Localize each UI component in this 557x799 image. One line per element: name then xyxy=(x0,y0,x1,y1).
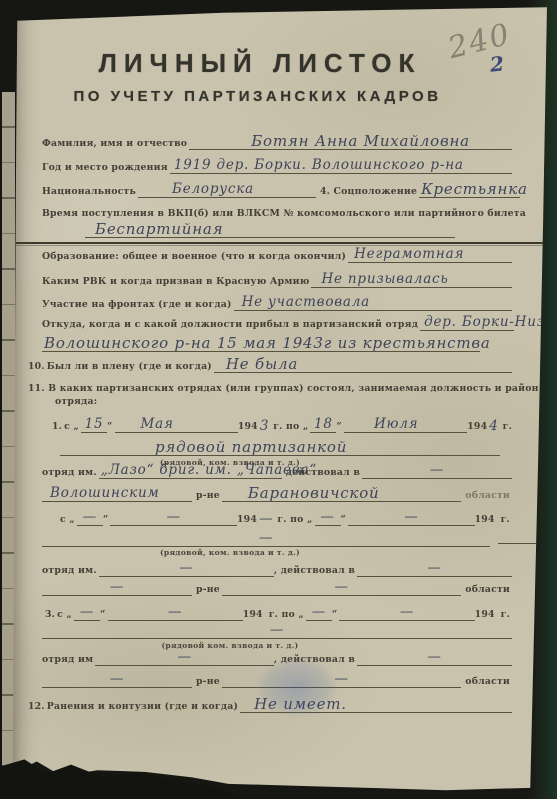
unit2-month-from-dash: — xyxy=(167,510,181,524)
unit1-day-from: 15 xyxy=(85,416,104,432)
unit1-day-to-slot: 18 xyxy=(310,412,336,433)
field-fronts-label: Участие на фронтах (где и когда) xyxy=(42,299,234,311)
unit3-district-dash: — xyxy=(110,672,124,686)
unit1-name-label: отряд им. xyxy=(42,467,99,479)
unit2-oblast-line: — xyxy=(222,575,461,596)
unit3-oblast-label: области xyxy=(461,676,512,688)
unit1-position: рядовой партизанкой xyxy=(155,440,347,454)
unit3-position-line: — xyxy=(42,618,512,639)
unit2-day-to-dash: — xyxy=(320,509,334,525)
unit2-acted-line: — xyxy=(357,556,512,577)
field-arrival-value-2: Волошинского р-на 15 мая 1943г из кресть… xyxy=(44,336,491,350)
field-name-line: Ботян Анна Михайловна xyxy=(189,129,512,150)
unit1-oblast-value: Барановичской xyxy=(248,486,380,500)
field-birth-line: 1919 дер. Борки. Волошинского р-на xyxy=(170,153,512,174)
unit2-name-line: — xyxy=(99,556,274,577)
unit3-month-to-dash: — xyxy=(400,605,414,619)
field-name-row: Фамилия, имя и отчество Ботян Анна Михай… xyxy=(42,130,512,150)
unit3-position-dash: — xyxy=(270,623,284,637)
unit1-oblast-line: Барановичской xyxy=(222,481,461,502)
unit2-quote1: “ xyxy=(103,514,111,526)
unit2-district-line: — xyxy=(42,575,192,596)
field-birth-label: Год и место рождения xyxy=(42,162,170,174)
unit3-acted-line: — xyxy=(357,645,512,666)
unit2-to-open: г. по „ xyxy=(273,514,314,526)
field-education-row: Образование: общее и военное (что и когд… xyxy=(42,243,512,263)
field-education-value: Неграмотная xyxy=(354,247,464,261)
unit1-position-line: рядовой партизанкой xyxy=(60,435,500,456)
field-name-label: Фамилия, имя и отчество xyxy=(42,138,189,150)
unit2-short-line xyxy=(498,523,538,544)
unit2-oblast-dash: — xyxy=(334,580,348,594)
field-fronts-value: Не участвовала xyxy=(242,295,370,309)
unit1-acted-dash: — xyxy=(430,463,444,477)
unit2-year1-printed: 194 xyxy=(237,514,259,526)
field-nationality-row: Национальность Белоруска 4. Соцположение… xyxy=(42,178,520,198)
unit1-name-row: отряд им. „Лазо“ бриг. им. „Чапаева“ дей… xyxy=(42,459,512,479)
unit3-name-dash: — xyxy=(177,650,191,664)
unit1-to-open: г. по „ xyxy=(269,421,310,433)
unit2-position-line-short xyxy=(498,524,538,544)
unit1-day-from-slot: 15 xyxy=(81,412,107,433)
unit3-position-row: — xyxy=(42,619,512,639)
unit2-day-from-slot: — xyxy=(77,505,103,526)
field-arrival-line: дер. Борки-Низовье xyxy=(420,310,514,331)
unit2-day-to-slot: — xyxy=(315,505,341,526)
unit2-district-dash: — xyxy=(110,580,124,594)
units-heading-row2: отряда: xyxy=(55,394,155,408)
unit3-district-line: — xyxy=(42,667,192,688)
unit2-name-dash: — xyxy=(179,561,193,575)
field-arrival-line2: Волошинского р-на 15 мая 1943г из кресть… xyxy=(42,331,480,352)
field-wounds-label: Ранения и контузии (где и когда) xyxy=(47,701,240,713)
field-name-value: Ботян Анна Михайловна xyxy=(251,134,470,148)
unit1-month-from-line: Мая xyxy=(115,412,238,433)
field-fronts-line: Не участвовала xyxy=(234,290,512,311)
unit1-month-from: Мая xyxy=(141,417,174,431)
unit1-year2-digit: 4 xyxy=(489,418,498,434)
unit2-quote2: “ xyxy=(341,514,349,526)
unit1-oblast-label: области xyxy=(461,490,512,502)
form-subtitle: ПО УЧЕТУ ПАРТИЗАНСКИХ КАДРОВ xyxy=(0,88,515,105)
field-party-value-line: Беспартийная xyxy=(85,217,455,238)
scanned-document: { "scan": { "pencil_number": "240", "ink… xyxy=(0,0,557,799)
unit3-name-label: отряд им xyxy=(42,654,95,666)
unit1-district-label: р-не xyxy=(192,490,222,502)
unit2-month-from-line: — xyxy=(110,505,237,526)
unit2-position-row: — xyxy=(42,527,490,547)
field-birth-value: 1919 дер. Борки. Волошинского р-на xyxy=(174,158,464,172)
field-rvk-row: Каким РВК и когда призван в Красную Арми… xyxy=(42,268,512,288)
field-social-value: Крестьянка xyxy=(421,182,528,196)
unit2-month-to-dash: — xyxy=(404,510,418,524)
unit2-district-row: — р-не — области xyxy=(42,576,512,596)
stamp-mark xyxy=(258,658,336,716)
unit1-acted-line: — xyxy=(362,458,512,479)
field-arrival-row: Откуда, когда и с какой должности прибыл… xyxy=(42,311,514,331)
form-content: ЛИЧНЫЙ ЛИСТОК ПО УЧЕТУ ПАРТИЗАНСКИХ КАДР… xyxy=(0,0,557,799)
field-rvk-value: Не призывалась xyxy=(321,272,448,286)
unit2-from-open: с „ xyxy=(60,514,77,526)
unit2-name-row: отряд им. — , действовал в — xyxy=(42,557,512,577)
unit2-year2-printed: 194 xyxy=(475,514,497,526)
field-education-label: Образование: общее и военное (что и когд… xyxy=(42,251,348,263)
unit2-dates-row: с „ — “ — 194 — г. по „ — “ — 194 г. xyxy=(60,506,512,526)
field-birth-row: Год и место рождения 1919 дер. Борки. Во… xyxy=(42,154,512,174)
unit1-name-line: „Лазо“ бриг. им. „Чапаева“ xyxy=(99,458,282,479)
field-party-value-row: Беспартийная xyxy=(85,218,455,238)
field-education-line: Неграмотная xyxy=(348,242,512,263)
field-party-value: Беспартийная xyxy=(95,222,223,236)
field-arrival-row2: Волошинского р-на 15 мая 1943г из кресть… xyxy=(42,332,480,352)
units-heading-line2: отряда: xyxy=(55,396,99,408)
field-rvk-line: Не призывалась xyxy=(311,267,512,288)
unit1-num: 1. xyxy=(52,421,64,433)
unit1-day-to: 18 xyxy=(314,416,333,432)
ink-mark: 2 xyxy=(489,51,505,76)
adjacent-page-strip xyxy=(2,92,15,799)
unit1-year2-suffix: г. xyxy=(499,421,514,433)
unit1-quote2: “ xyxy=(336,421,344,433)
unit1-dates-row: 1. с „ 15 “ Мая 194 3 г. по „ 18 “ Июля … xyxy=(52,413,514,433)
unit1-year2-printed: 194 xyxy=(467,421,489,433)
unit1-month-to-line: Июля xyxy=(344,412,467,433)
unit2-acted-dash: — xyxy=(427,561,441,575)
unit2-oblast-label: области xyxy=(461,584,512,596)
unit1-from-open: с „ xyxy=(64,421,81,433)
form-page: ЛИЧНЫЙ ЛИСТОК ПО УЧЕТУ ПАРТИЗАНСКИХ КАДР… xyxy=(0,0,557,799)
form-title: ЛИЧНЫЙ ЛИСТОК xyxy=(0,48,520,79)
field-captivity-num: 10. xyxy=(28,361,47,373)
field-nationality-value: Белоруска xyxy=(172,182,254,196)
unit1-name-value: „Лазо“ бриг. им. „Чапаева“ xyxy=(101,463,317,477)
unit2-month-to-line: — xyxy=(348,505,475,526)
field-captivity-line: Не была xyxy=(214,352,512,373)
field-rvk-label: Каким РВК и когда призван в Красную Арми… xyxy=(42,276,311,288)
unit2-district-label: р-не xyxy=(192,584,222,596)
unit3-district-label: р-не xyxy=(192,676,222,688)
field-captivity-label: Был ли в плену (где и когда) xyxy=(47,361,214,373)
unit2-day-from-dash: — xyxy=(83,509,97,525)
unit3-acted-dash: — xyxy=(427,650,441,664)
field-arrival-label: Откуда, когда и с какой должности прибыл… xyxy=(42,319,420,331)
field-wounds-num: 12. xyxy=(28,701,47,713)
field-fronts-row: Участие на фронтах (где и когда) Не учас… xyxy=(42,291,512,311)
unit2-position-dash: — xyxy=(259,531,273,545)
units-heading-row: 11. В каких партизанских отрядах (или гр… xyxy=(28,381,528,395)
field-captivity-row: 10. Был ли в плену (где и когда) Не была xyxy=(28,353,512,373)
unit1-district-value: Волошинским xyxy=(50,486,159,500)
unit1-district-row: Волошинским р-не Барановичской области xyxy=(42,482,512,502)
unit2-year1-dash: — xyxy=(259,511,273,527)
field-nationality-label: Национальность xyxy=(42,186,138,198)
field-arrival-value-1: дер. Борки-Низовье xyxy=(424,315,557,329)
unit3-month-from-dash: — xyxy=(168,605,182,619)
unit1-year1-digit: 3 xyxy=(260,418,269,434)
unit1-position-row: рядовой партизанкой xyxy=(60,436,500,456)
unit1-quote1: “ xyxy=(107,421,115,433)
field-nationality-line: Белоруска xyxy=(138,177,316,198)
field-social-label: 4. Соцположение xyxy=(316,186,419,198)
unit2-position-line: — xyxy=(42,526,490,547)
unit1-year1-printed: 194 xyxy=(238,421,260,433)
unit1-month-to: Июля xyxy=(374,417,418,431)
unit3-oblast-dash: — xyxy=(334,672,348,686)
field-captivity-value: Не была xyxy=(226,357,298,371)
field-social-line: Крестьянка xyxy=(419,177,520,198)
unit3-name-line: — xyxy=(95,645,274,666)
unit1-district-line: Волошинским xyxy=(42,481,192,502)
